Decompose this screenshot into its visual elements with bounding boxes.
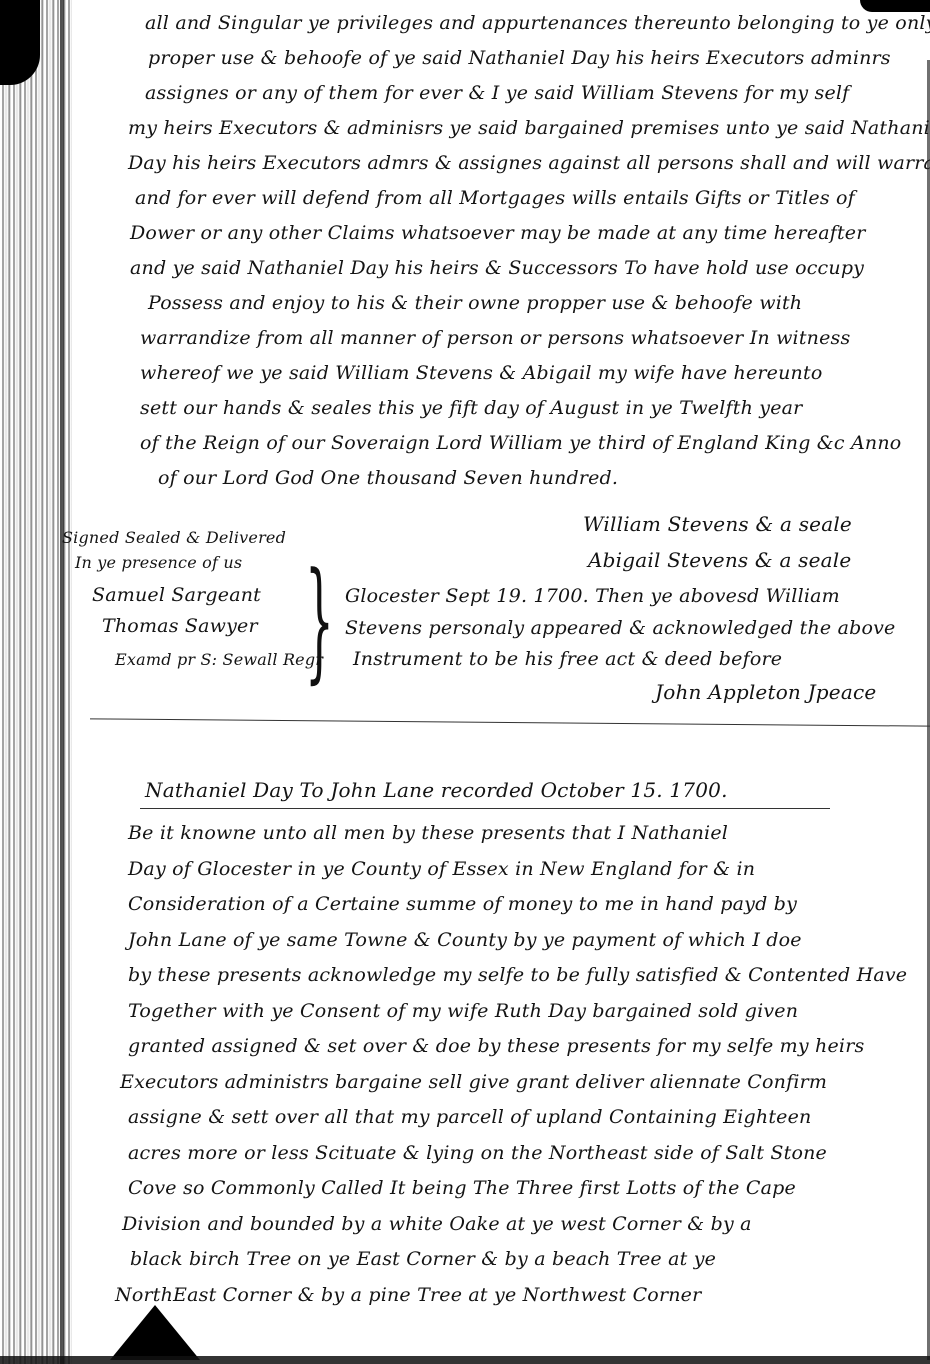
justice-signature: John Appleton Jpeace [655, 680, 876, 704]
deed-2-body-line: Consideration of a Certaine summe of mon… [128, 893, 797, 915]
witness-presence-line: In ye presence of us [75, 553, 242, 572]
deed-2-body-line: by these presents acknowledge my selfe t… [128, 964, 907, 986]
deed-2-body-line: Cove so Commonly Called It being The Thr… [128, 1177, 796, 1199]
witness-thomas-sawyer: Thomas Sawyer [102, 615, 258, 637]
deed-1-body-line: of the Reign of our Soveraign Lord Willi… [140, 432, 901, 454]
page-bottom-edge [0, 1356, 930, 1364]
deed-1-body-line: whereof we ye said William Stevens & Abi… [140, 362, 822, 384]
deed-1-body-line: Possess and enjoy to his & their owne pr… [148, 292, 802, 314]
binding-shadow [0, 0, 40, 85]
deed-2-body-line: Be it knowne unto all men by these prese… [128, 822, 728, 844]
acknowledgment-line-2: Stevens personaly appeared & acknowledge… [345, 617, 895, 639]
deed-1-body-line: assignes or any of them for ever & I ye … [145, 82, 849, 104]
deed-2-body-line: John Lane of ye same Towne & County by y… [128, 929, 802, 951]
deed-2-body-line: Division and bounded by a white Oake at … [122, 1213, 752, 1235]
binding-edge [60, 0, 64, 1364]
deed-1-body-line: warrandize from all manner of person or … [140, 327, 850, 349]
deed-1-body-line: and ye said Nathaniel Day his heirs & Su… [130, 257, 864, 279]
deed-1-body-line: proper use & behoofe of ye said Nathanie… [148, 47, 891, 69]
section-divider [90, 718, 930, 726]
signature-william-stevens: William Stevens & a seale [583, 512, 852, 536]
acknowledgment-line-3: Instrument to be his free act & deed bef… [353, 648, 782, 670]
deed-2-body-line: Day of Glocester in ye County of Essex i… [128, 858, 755, 880]
deed-2-body-line: acres more or less Scituate & lying on t… [128, 1142, 827, 1164]
ink-blot [110, 1305, 200, 1360]
deed-2-heading: Nathaniel Day To John Lane recorded Octo… [145, 778, 728, 802]
deed-1-body-line: all and Singular ye privileges and appur… [145, 12, 930, 34]
deed-2-body-line: assigne & sett over all that my parcell … [128, 1106, 812, 1128]
acknowledgment-line-1: Glocester Sept 19. 1700. Then ye abovesd… [345, 585, 840, 607]
deed-2-body-line: black birch Tree on ye East Corner & by … [130, 1248, 716, 1270]
deed-1-body-line: Day his heirs Executors admrs & assignes… [128, 152, 930, 174]
scanned-ledger-page: all and Singular ye privileges and appur… [0, 0, 930, 1364]
heading-underline [140, 808, 830, 809]
examined-by-registrar: Examd pr S: Sewall Regr [115, 650, 323, 669]
deed-2-body-line: Executors administrs bargaine sell give … [120, 1071, 827, 1093]
deed-2-body-line: granted assigned & set over & doe by the… [128, 1035, 864, 1057]
deed-2-body-line: NorthEast Corner & by a pine Tree at ye … [115, 1284, 701, 1306]
witness-brace: } [305, 555, 334, 685]
deed-1-body-line: and for ever will defend from all Mortga… [135, 187, 855, 209]
deed-1-body-line: my heirs Executors & adminisrs ye said b… [128, 117, 930, 139]
deed-1-body-line: Dower or any other Claims whatsoever may… [130, 222, 866, 244]
deed-1-body-line: of our Lord God One thousand Seven hundr… [158, 467, 618, 489]
deed-1-body-line: sett our hands & seales this ye fift day… [140, 397, 802, 419]
page-corner-shadow [860, 0, 930, 12]
signature-abigail-stevens: Abigail Stevens & a seale [588, 548, 851, 572]
witness-samuel-sargeant: Samuel Sargeant [92, 584, 261, 606]
witness-heading: Signed Sealed & Delivered [62, 528, 286, 547]
deed-2-body-line: Together with ye Consent of my wife Ruth… [128, 1000, 798, 1022]
